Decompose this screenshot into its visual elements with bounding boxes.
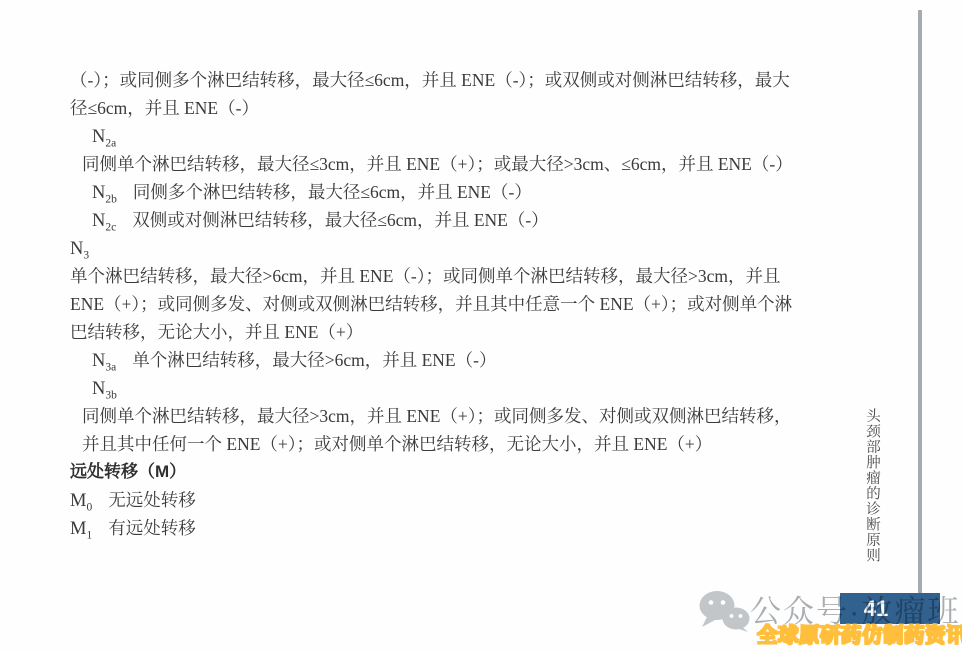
text-line: N2a <box>70 122 850 150</box>
term-label: M0 <box>70 490 92 510</box>
text-line: M1有远处转移 <box>70 514 850 542</box>
term-label: N3 <box>70 238 89 258</box>
text-line: 单个淋巴结转移，最大径>6cm，并且 ENE（-）；或同侧单个淋巴结转移，最大径… <box>70 262 850 290</box>
line-text: 单个淋巴结转移，最大径>6cm，并且 ENE（-）；或同侧单个淋巴结转移，最大径… <box>70 266 780 286</box>
vertical-divider <box>918 10 922 593</box>
term-label: M1 <box>70 518 92 538</box>
text-line: （-）；或同侧多个淋巴结转移，最大径≤6cm，并且 ENE（-）；或双侧或对侧淋… <box>70 66 850 94</box>
term-label: N2b <box>92 182 117 202</box>
term-label: N2c <box>92 210 116 230</box>
term-label: N3a <box>92 350 116 370</box>
text-line: M0无远处转移 <box>70 486 850 514</box>
main-text: （-）；或同侧多个淋巴结转移，最大径≤6cm，并且 ENE（-）；或双侧或对侧淋… <box>70 66 850 542</box>
text-line: N2b同侧多个淋巴结转移，最大径≤6cm，并且 ENE（-） <box>70 178 850 206</box>
line-text: 单个淋巴结转移，最大径>6cm，并且 ENE（-） <box>132 350 496 370</box>
text-line: 巴结转移，无论大小，并且 ENE（+） <box>70 318 850 346</box>
line-text: 无远处转移 <box>108 490 196 510</box>
text-line: N3a单个淋巴结转移，最大径>6cm，并且 ENE（-） <box>70 346 850 374</box>
line-text: （-）；或同侧多个淋巴结转移，最大径≤6cm，并且 ENE（-）；或双侧或对侧淋… <box>70 70 790 90</box>
text-line: 同侧单个淋巴结转移，最大径≤3cm，并且 ENE（+）；或最大径>3cm、≤6c… <box>70 150 850 178</box>
line-text: 同侧单个淋巴结转移，最大径≤3cm，并且 ENE（+）；或最大径>3cm、≤6c… <box>82 154 793 174</box>
line-text: 有远处转移 <box>108 518 196 538</box>
text-line: 径≤6cm，并且 ENE（-） <box>70 94 850 122</box>
text-line: N3b <box>70 374 850 402</box>
line-text: 远处转移（M） <box>70 462 186 481</box>
line-text: 双侧或对侧淋巴结转移，最大径≤6cm，并且 ENE（-） <box>132 210 548 230</box>
sidebar-chapter-title: 头颈部肿瘤的诊断原则 <box>862 408 883 564</box>
document-page: （-）；或同侧多个淋巴结转移，最大径≤6cm，并且 ENE（-）；或双侧或对侧淋… <box>0 0 962 651</box>
footer-red-watermark: 全球原研药仿制药资讯， <box>757 618 962 648</box>
text-line: N2c双侧或对侧淋巴结转移，最大径≤6cm，并且 ENE（-） <box>70 206 850 234</box>
term-label: N3b <box>92 378 117 398</box>
text-line: 并且其中任何一个 ENE（+）；或对侧单个淋巴结转移，无论大小，并且 ENE（+… <box>70 430 850 458</box>
wechat-icon <box>698 590 750 632</box>
text-line: 远处转移（M） <box>70 458 850 486</box>
line-text: 径≤6cm，并且 ENE（-） <box>70 98 259 118</box>
line-text: 同侧单个淋巴结转移，最大径>3cm，并且 ENE（+）；或同侧多发、对侧或双侧淋… <box>82 406 792 426</box>
line-text: 并且其中任何一个 ENE（+）；或对侧单个淋巴结转移，无论大小，并且 ENE（+… <box>82 434 712 454</box>
line-text: 巴结转移，无论大小，并且 ENE（+） <box>70 322 363 342</box>
line-text: ENE（+）；或同侧多发、对侧或双侧淋巴结转移，并且其中任意一个 ENE（+）；… <box>70 294 792 314</box>
text-line: ENE（+）；或同侧多发、对侧或双侧淋巴结转移，并且其中任意一个 ENE（+）；… <box>70 290 850 318</box>
text-line: N3 <box>70 234 850 262</box>
line-text: 同侧多个淋巴结转移，最大径≤6cm，并且 ENE（-） <box>133 182 532 202</box>
text-line: 同侧单个淋巴结转移，最大径>3cm，并且 ENE（+）；或同侧多发、对侧或双侧淋… <box>70 402 850 430</box>
term-label: N2a <box>92 126 116 146</box>
